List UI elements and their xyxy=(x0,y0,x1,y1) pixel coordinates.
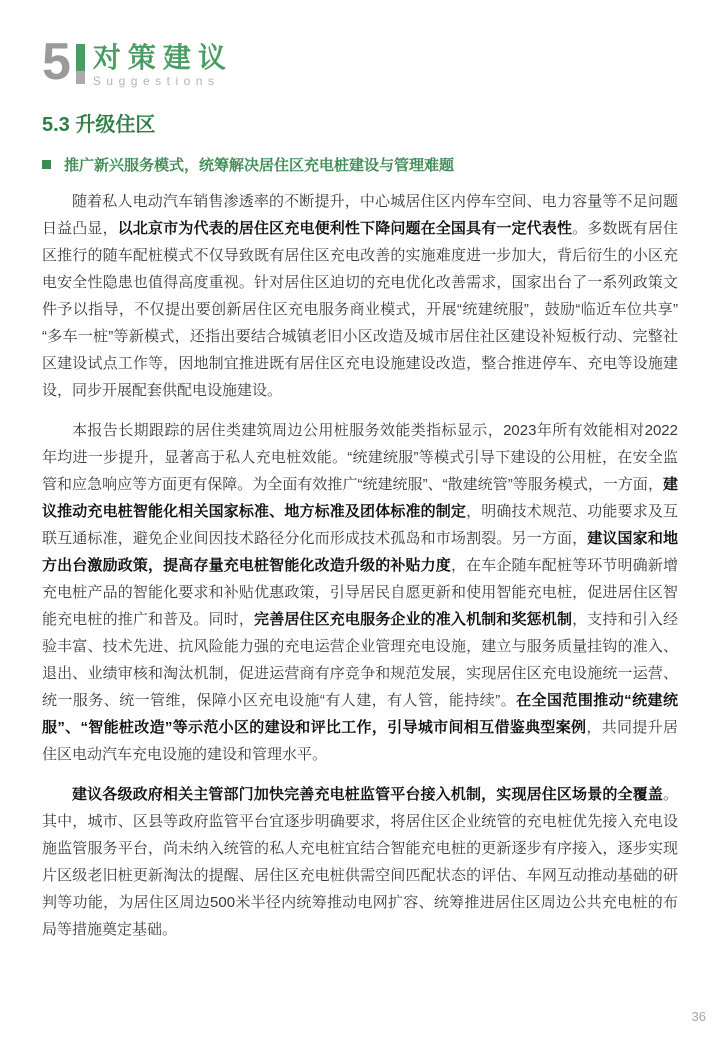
body-paragraphs: 随着私人电动汽车销售渗透率的不断提升，中心城居住区内停车空间、电力容量等不足问题… xyxy=(42,188,678,943)
chapter-title: 对策建议 xyxy=(93,44,233,72)
paragraph: 建议各级政府相关主管部门加快完善充电桩监管平台接入机制，实现居住区场景的全覆盖。… xyxy=(42,781,678,943)
bullet-heading-text: 推广新兴服务模式，统筹解决居住区充电桩建设与管理难题 xyxy=(64,154,454,175)
text-run: 。多数既有居住区推行的随车配桩模式不仅导致既有居住区充电改善的实施难度进一步加大… xyxy=(42,220,678,399)
paragraph: 本报告长期跟踪的居住类建筑周边公用桩服务效能类指标显示，2023年所有效能相对2… xyxy=(42,417,678,768)
bullet-heading: 推广新兴服务模式，统筹解决居住区充电桩建设与管理难题 xyxy=(42,154,678,175)
page-number: 36 xyxy=(692,1009,706,1024)
chapter-subtitle: Suggestions xyxy=(93,74,233,88)
text-run: 。其中，城市、区县等政府监管平台宜逐步明确要求，将居住区企业统管的充电桩优先接入… xyxy=(42,786,678,938)
text-run: 本报告长期跟踪的居住类建筑周边公用桩服务效能类指标显示，2023年所有效能相对2… xyxy=(42,422,678,493)
divider-bar-green-segment xyxy=(76,44,85,71)
divider-bar-gray-segment xyxy=(76,71,85,84)
chapter-number: 5 xyxy=(42,42,71,82)
chapter-title-block: 对策建议 Suggestions xyxy=(93,44,233,88)
paragraph: 随着私人电动汽车销售渗透率的不断提升，中心城居住区内停车空间、电力容量等不足问题… xyxy=(42,188,678,404)
section-heading: 5.3 升级住区 xyxy=(42,114,678,136)
document-page: 5 对策建议 Suggestions 5.3 升级住区 推广新兴服务模式，统筹解… xyxy=(0,0,720,1040)
bold-text-run: 建议各级政府相关主管部门加快完善充电桩监管平台接入机制，实现居住区场景的全覆盖 xyxy=(72,786,663,803)
bold-text-run: 以北京市为代表的居住区充电便利性下降问题在全国具有一定代表性 xyxy=(118,220,572,237)
bold-text-run: 完善居住区充电服务企业的准入机制和奖惩机制 xyxy=(254,611,572,628)
chapter-header: 5 对策建议 Suggestions xyxy=(42,42,678,88)
bullet-square-icon xyxy=(42,160,51,169)
chapter-divider-bar xyxy=(76,44,85,84)
